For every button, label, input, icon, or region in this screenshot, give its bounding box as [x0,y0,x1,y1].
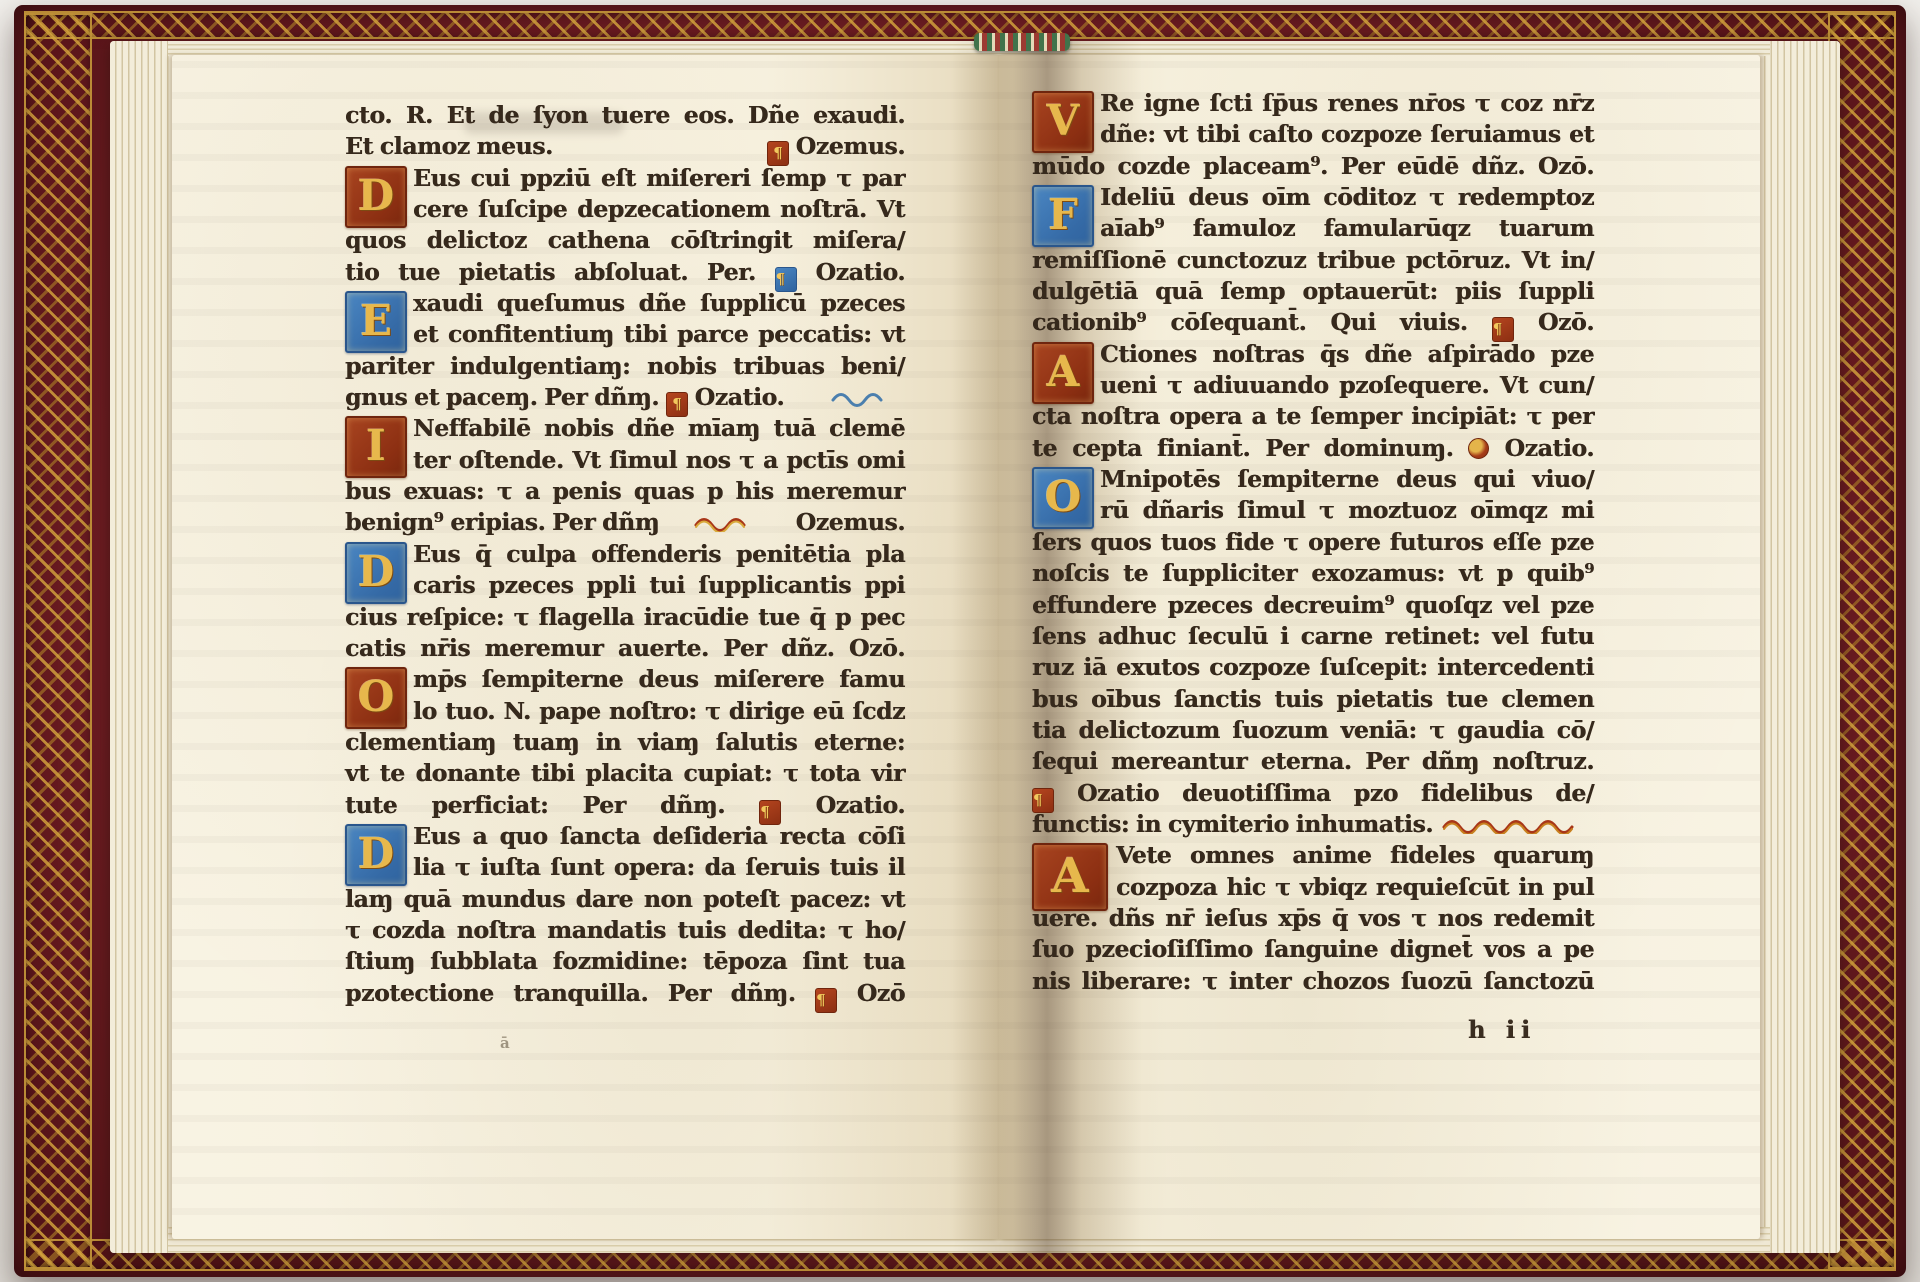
text-line: Ctiones noſtras q̄s dñe aſpirādo pze [1032,339,1594,370]
illuminated-initial-D: D [345,166,407,228]
text-line: Ideliū deus oīm cōditoz τ redemptoz [1032,182,1594,213]
text-run: gnus et paceɱ. Per dñɱ. [345,383,666,411]
text-line: bus exuas: τ a penis quas p his meremur [345,476,905,507]
text-line: ſtiuɱ ſubblata fozmidine: tēpoza ſint tu… [345,946,905,977]
text-line: tia delictozum ſuozum veniā: τ gaudia cō… [1032,715,1594,746]
text-line: laɱ quā mundus dare non poteſt pacez: vt [345,884,905,915]
text-line: Eus cui ppziū eſt miſereri ſemp τ par [345,163,905,194]
text-line: bus oībus ſanctis tuis pietatis tue clem… [1032,684,1594,715]
prayer-paragraph: DEus q̄ culpa offenderis penitētia placa… [345,539,905,664]
text-line: quos delictoz cathena cōſtringit miſera/ [345,225,905,256]
paraph-mark-icon: ¶ [815,988,837,1013]
text-line: xaudi queſumus dñe ſupplicū pzeces [345,288,905,319]
text-line: tute perficiat: Per dñɱ. ¶ Ozatio. [345,790,905,821]
text-line: ſequi mereantur eterna. Per dñɱ noſtruz. [1032,746,1594,777]
text-line: et confitentiuɱ tibi parce peccatis: vt [345,319,905,350]
text-run: Ozatio. [781,791,905,819]
text-line: mūdo cozde placeam⁹. Per eūdē dñz. Ozō. [1032,151,1594,182]
text-line: lo tuo. N. pape noſtro: τ dirige eū ſcdz [345,696,905,727]
prayer-paragraph: INeffabilē nobis dñe mīaɱ tuā clemēter o… [345,413,905,538]
text-run: benign⁹ eripias. Per dñɱ [345,508,659,536]
text-run: Ozatio. [1489,434,1594,462]
text-line: ter oſtende. Vt ſimul nos τ a pctīs omi [345,445,905,476]
paraph-mark-icon [1468,438,1489,459]
text-line: Eus q̄ culpa offenderis penitētia pla [345,539,905,570]
left-page-text: cto. R. Et de ſyon tuere eos. Dñe exaudi… [345,100,905,1009]
catchword: ā [500,1034,510,1052]
text-line: ſers quos tuos fide τ opere futuros eſſe… [1032,527,1594,558]
text-line: Neffabilē nobis dñe mīaɱ tuā clemē [345,413,905,444]
text-line: ſuo pzecioſiſſimo ſanguine dignet̄ vos a… [1032,934,1594,965]
text-line: remiſſionē cunctozuz tribue pctōruz. Vt … [1032,245,1594,276]
pen-flourish [831,391,905,407]
text-line: tio tue pietatis abſoluat. Per. ¶ Ozatio… [345,257,905,288]
text-line: Eus a quo ſancta deſideria recta cōſi [345,821,905,852]
text-run: tio tue pietatis abſoluat. Per. [345,258,775,286]
pen-flourish [1442,818,1594,834]
illuminated-initial-I: I [345,416,407,478]
text-run [831,382,905,413]
text-line: aīab⁹ famuloz famularūqz tuarum [1032,213,1594,244]
prayer-paragraph: OMnipotēs ſempiterne deus qui viuo/rū dñ… [1032,464,1594,777]
text-line: functis: in cymiterio inhumatis. [1032,809,1594,840]
text-line: clementiaɱ tuaɱ in viaɱ ſalutis eterne: [345,727,905,758]
text-run: benign⁹ eripias. Per dñɱ [345,507,659,538]
text-line: ¶ Ozatio deuotiſſima pzo fidelibus de/ [1032,778,1594,809]
text-line: rū dñaris ſimul τ moztuoz oīmqz mi [1032,495,1594,526]
illuminated-initial-F: F [1032,185,1094,247]
prayer-paragraph: Omp̄s ſempiterne deus miſerere famulo tu… [345,664,905,821]
text-line: ruz iā exutos cozpoze ſuſcepit: interced… [1032,652,1594,683]
illuminated-initial-A: A [1032,342,1094,404]
book-cover [14,5,1906,1277]
text-run: Ozatio. [688,383,784,411]
text-line: nis liberare: τ inter chozos ſuozū ſanct… [1032,966,1594,997]
illuminated-initial-E: E [345,291,407,353]
text-run [1442,809,1594,840]
text-line: gnus et paceɱ. Per dñɱ. ¶ Ozatio. [345,382,905,413]
text-line: effundere pzeces decreuim⁹ quoſqz vel pz… [1032,590,1594,621]
text-line: Et clamoz meus.¶ Ozemus. [345,131,905,162]
text-run: gnus et paceɱ. Per dñɱ. ¶ Ozatio. [345,382,784,417]
text-line: Mnipotēs ſempiterne deus qui viuo/ [1032,464,1594,495]
illuminated-initial-V: V [1032,91,1094,153]
text-line: lia τ iuſta ſunt opera: da ſeruis tuis i… [345,852,905,883]
text-line: catis nr̄is meremur auerte. Per dñz. Ozō… [345,633,905,664]
prayer-paragraph: AVete omnes anime fideles quaruɱcozpoza … [1032,840,1594,997]
text-run: functis: in cymiterio inhumatis. [1032,809,1433,840]
text-run: Ozō. [1514,308,1594,336]
prayer-paragraph: Exaudi queſumus dñe ſupplicū pzeceset co… [345,288,905,413]
text-line: vt te donante tibi placita cupiat: τ tot… [345,758,905,789]
page-stack-right-edge [1764,41,1840,1253]
text-line: noſcis te ſuppliciter exozamus: vt p qui… [1032,558,1594,589]
illuminated-initial-D: D [345,824,407,886]
prayer-paragraph: ACtiones noſtras q̄s dñe aſpirādo pzeuen… [1032,339,1594,464]
text-run: tute perficiat: Per dñɱ. [345,791,759,819]
prayer-paragraph: cto. R. Et de ſyon tuere eos. Dñe exaudi… [345,100,905,163]
gold-tooling-left [24,13,92,1269]
prayer-paragraph: DEus cui ppziū eſt miſereri ſemp τ parce… [345,163,905,288]
text-line: caris pzeces ppli tui ſupplicantis ppi [345,570,905,601]
prayer-paragraph: FIdeliū deus oīm cōditoz τ redemptozaīab… [1032,182,1594,339]
text-line: pariter indulgentiaɱ: nobis tribuas beni… [345,351,905,382]
text-line: dñe: vt tibi caſto cozpoze ſeruiamus et [1032,119,1594,150]
text-run: functis: in cymiterio inhumatis. [1032,810,1433,838]
text-run: Et clamoz meus. [345,131,553,162]
illuminated-initial-A: A [1032,843,1108,911]
text-line: ueni τ adiuuando pzoſequere. Vt cun/ [1032,370,1594,401]
illuminated-initial-O: O [345,667,407,729]
gold-tooling-top [24,11,1896,39]
text-line: dulgētiā quā ſemp optauerūt: piis ſuppli [1032,276,1594,307]
text-run: cationib⁹ cōſequant̄. Qui viuis. [1032,308,1492,336]
prayer-paragraph: DEus a quo ſancta deſideria recta cōſili… [345,821,905,1009]
text-line: ſens adhuc ſeculū i carne retinet: vel f… [1032,621,1594,652]
text-line: Vete omnes anime fideles quaruɱ [1032,840,1594,871]
text-line: pzotectione tranquilla. Per dñɱ. ¶ Ozō [345,978,905,1009]
signature-mark: h ii [1468,1016,1536,1044]
text-run: pzotectione tranquilla. Per dñɱ. [345,979,815,1007]
headband [974,33,1070,51]
text-line: cozpoza hic τ vbiqz requieſcūt in pul [1032,872,1594,903]
right-page-text: VRe igne ſcti ſp̄us renes nr̄os τ coz nr… [1032,88,1594,997]
text-run: Et clamoz meus. [345,132,553,160]
text-run: Ozemus. [796,507,905,538]
text-run: te cepta finiant̄. Per dominuɱ. [1032,434,1468,462]
text-run: ¶ Ozemus. [767,131,905,166]
page-stack-left-edge [110,41,174,1253]
text-line: mp̄s ſempiterne deus miſerere famu [345,664,905,695]
text-run: Ozemus. [796,508,905,536]
pen-flourish [694,516,760,532]
illuminated-initial-O: O [1032,467,1094,529]
text-run: Ozemus. [789,132,905,160]
text-line: Re igne ſcti ſp̄us renes nr̄os τ coz nr̄… [1032,88,1594,119]
prayer-paragraph: VRe igne ſcti ſp̄us renes nr̄os τ coz nr… [1032,88,1594,182]
text-run: Ozatio. [797,258,905,286]
text-line: cere ſuſcipe depzecationem noſtrā. Vt [345,194,905,225]
illuminated-initial-D: D [345,542,407,604]
text-line: cius reſpice: τ flagella iracūdie tue q̄… [345,602,905,633]
text-line: te cepta finiant̄. Per dominuɱ. Ozatio. [1032,433,1594,464]
text-line: τ cozda noſtra mandatis tuis dedita: τ h… [345,915,905,946]
text-run: Ozō [837,979,905,1007]
text-line: benign⁹ eripias. Per dñɱOzemus. [345,507,905,538]
text-run: Ozatio deuotiſſima pzo fidelibus de/ [1054,779,1594,807]
text-line: cta noſtra opera a te ſemper incipiāt: τ… [1032,401,1594,432]
prayer-paragraph: ¶ Ozatio deuotiſſima pzo fidelibus de/fu… [1032,778,1594,841]
text-line: cto. R. Et de ſyon tuere eos. Dñe exaudi… [345,100,905,131]
photo-backdrop: cto. R. Et de ſyon tuere eos. Dñe exaudi… [0,0,1920,1282]
text-line: uere. dñs nr̄ ieſus xp̄s q̄ vos τ nos re… [1032,903,1594,934]
text-line: cationib⁹ cōſequant̄. Qui viuis. ¶ Ozō. [1032,307,1594,338]
text-run [694,507,760,538]
